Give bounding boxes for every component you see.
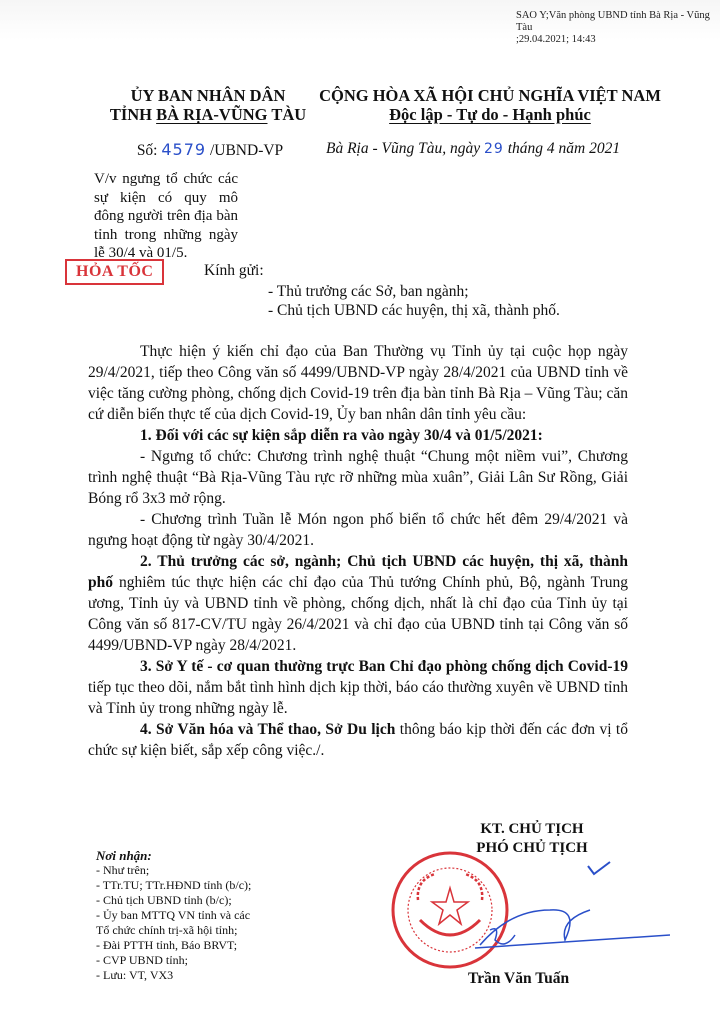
section-3: 3. Sở Y tế - cơ quan thường trực Ban Chỉ… — [88, 656, 628, 719]
doc-number-suffix: /UBND-VP — [210, 142, 283, 159]
urgent-stamp: HỎA TỐC — [65, 259, 164, 285]
document-body: Thực hiện ý kiến chỉ đạo của Ban Thường … — [88, 341, 628, 761]
agency-line2-underlined: BÀ RỊA-VŨNG — [156, 105, 267, 124]
date-prefix: Bà Rịa - Vũng Tàu, ngày — [326, 140, 480, 157]
section-3-bold: 3. Sở Y tế - cơ quan thường trực Ban Chỉ… — [140, 658, 628, 675]
motto: Độc lập - Tự do - Hạnh phúc — [389, 105, 591, 124]
copy-note-line2: ;29.04.2021; 14:43 — [516, 34, 720, 46]
copy-note-line1: SAO Y;Văn phòng UBND tỉnh Bà Rịa - Vũng … — [516, 10, 720, 34]
motto-wrap: Độc lập - Tự do - Hạnh phúc — [300, 105, 680, 124]
subject: V/v ngưng tổ chức các sự kiện có quy mô … — [94, 170, 238, 263]
nation-title: CỘNG HÒA XÃ HỘI CHỦ NGHĨA VIỆT NAM — [300, 86, 680, 105]
document-page: SAO Y;Văn phòng UBND tỉnh Bà Rịa - Vũng … — [0, 0, 720, 1018]
copy-note: SAO Y;Văn phòng UBND tỉnh Bà Rịa - Vũng … — [516, 10, 720, 46]
section-4: 4. Sở Văn hóa và Thể thao, Sở Du lịch th… — [88, 719, 628, 761]
agency-line2-prefix: TỈNH — [110, 105, 152, 124]
section-2: 2. Thủ trưởng các sở, ngành; Chủ tịch UB… — [88, 551, 628, 656]
intro-paragraph: Thực hiện ý kiến chỉ đạo của Ban Thường … — [88, 341, 628, 425]
doc-number-handwritten: 4579 — [161, 140, 206, 159]
distribution-item: - Lưu: VT, VX3 — [96, 968, 251, 983]
addressee-label: Kính gửi: — [204, 262, 264, 280]
document-date: Bà Rịa - Vũng Tàu, ngày 29 tháng 4 năm 2… — [326, 140, 620, 158]
section-3-text: tiếp tục theo dõi, nắm bắt tình hình dịc… — [88, 679, 628, 717]
date-suffix: tháng 4 năm 2021 — [508, 140, 620, 157]
addressee-list: - Thủ trưởng các Sở, ban ngành; - Chủ tị… — [268, 282, 560, 320]
signature-title-1: KT. CHỦ TỊCH — [472, 820, 592, 839]
section-1-item-1: - Ngưng tổ chức: Chương trình nghệ thuật… — [88, 446, 628, 509]
document-number: Số: 4579 /UBND-VP — [60, 140, 360, 160]
national-header: CỘNG HÒA XÃ HỘI CHỦ NGHĨA VIỆT NAM Độc l… — [300, 86, 680, 124]
section-2-text: nghiêm túc thực hiện các chỉ đạo của Thủ… — [88, 574, 628, 654]
distribution-item: - Như trên; — [96, 863, 251, 878]
distribution-item: - Ủy ban MTTQ VN tỉnh và các — [96, 908, 251, 923]
distribution-item: - Chủ tịch UBND tỉnh (b/c); — [96, 893, 251, 908]
distribution-list: Nơi nhận: - Như trên; - TTr.TU; TTr.HĐND… — [96, 848, 251, 983]
section-1-heading: 1. Đối với các sự kiện sắp diễn ra vào n… — [88, 425, 628, 446]
doc-number-label: Số: — [137, 142, 158, 159]
signer-name: Trần Văn Tuấn — [468, 970, 569, 988]
section-1-item-2: - Chương trình Tuần lễ Món ngon phố biển… — [88, 509, 628, 551]
addressee-item: - Chủ tịch UBND các huyện, thị xã, thành… — [268, 301, 560, 320]
addressee-item: - Thủ trưởng các Sở, ban ngành; — [268, 282, 560, 301]
handwritten-signature-icon — [470, 840, 670, 960]
signature-block: KT. CHỦ TỊCH PHÓ CHỦ TỊCH Trần Văn Tuấn — [380, 820, 670, 990]
distribution-item: - Đài PTTH tỉnh, Báo BRVT; — [96, 938, 251, 953]
distribution-title: Nơi nhận: — [96, 848, 251, 863]
section-4-bold: 4. Sở Văn hóa và Thể thao, Sở Du lịch — [140, 721, 395, 738]
date-day-handwritten: 29 — [484, 141, 504, 157]
distribution-item: - CVP UBND tỉnh; — [96, 953, 251, 968]
distribution-item: - TTr.TU; TTr.HĐND tỉnh (b/c); — [96, 878, 251, 893]
distribution-item: Tổ chức chính trị-xã hội tỉnh; — [96, 923, 251, 938]
